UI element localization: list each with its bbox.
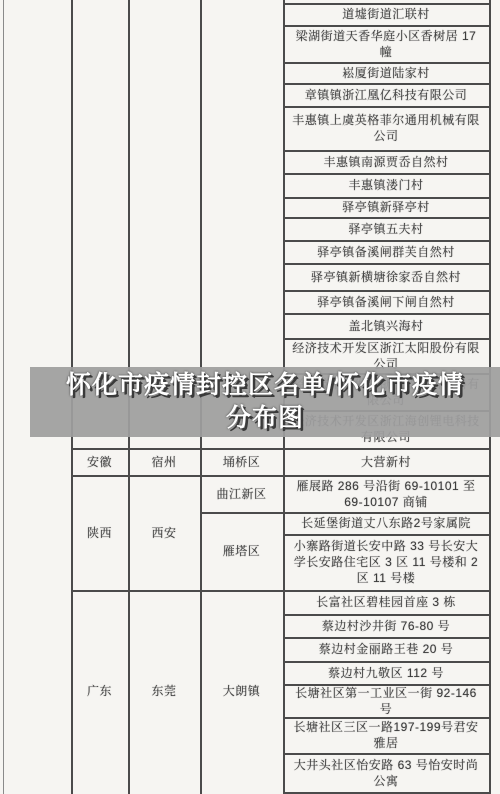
- area-cell: 雁展路 286 号沿街 69-10101 至 69-10107 商铺: [283, 475, 489, 512]
- area-cell: 丰惠镇溇门村: [283, 173, 489, 197]
- page-edge-line: [3, 0, 4, 794]
- city-cell: 东莞: [128, 590, 200, 792]
- watermark-title-band: 怀化市疫情封控区名单/怀化市疫情 分布图: [30, 367, 500, 437]
- area-cell: 道墟街道汇联村: [283, 3, 489, 25]
- area-cell: 小寨路街道长安中路 33 号长安大学长安路住宅区 3 区 11 号楼和 2 区 …: [283, 534, 489, 590]
- area-cell: 大井头社区怡安路 63 号怡安时尚公寓: [283, 753, 489, 792]
- district-cell: 曲江新区: [200, 475, 283, 512]
- area-cell: 驿亭镇备溪闸群芙自然村: [283, 240, 489, 263]
- district-cell: 大朗镇: [200, 590, 283, 792]
- area-cell: 大营新村: [283, 448, 489, 475]
- area-cell: 蔡边村沙井街 76-80 号: [283, 614, 489, 637]
- city-cell: 西安: [128, 475, 200, 590]
- area-cell: 崧厦街道陆家村: [283, 62, 489, 83]
- province-cell: 陕西: [71, 475, 128, 590]
- area-cell: 驿亭镇五夫村: [283, 217, 489, 240]
- area-cell: 梁湖街道天香华庭小区香树居 17 幢: [283, 25, 489, 62]
- area-cell: 长延堡街道丈八东路2号家属院: [283, 512, 489, 534]
- district-cell: 雁塔区: [200, 512, 283, 590]
- area-cell: 驿亭镇备溪闸下闸自然村: [283, 290, 489, 313]
- area-cell: 丰惠镇南源贾岙自然村: [283, 150, 489, 173]
- scanned-page: 道墟街道汇联村梁湖街道天香华庭小区香树居 17 幢崧厦街道陆家村章镇镇浙江凰亿科…: [0, 0, 500, 794]
- province-cell: 安徽: [71, 448, 128, 475]
- table-hline-27: [283, 792, 491, 794]
- province-cell: 广东: [71, 590, 128, 792]
- area-cell: 长塘社区第一工业区一街 92-146 号: [283, 684, 489, 717]
- area-cell: 驿亭镇新驿亭村: [283, 197, 489, 217]
- area-cell: 蔡边村九敬区 112 号: [283, 661, 489, 684]
- area-cell: 丰惠镇上虞英格菲尔通用机械有限公司: [283, 106, 489, 150]
- area-cell: 长塘社区三区一路197-199号君安雅居: [283, 717, 489, 753]
- area-cell: 长富社区碧桂园首座 3 栋: [283, 590, 489, 614]
- city-cell: 宿州: [128, 448, 200, 475]
- watermark-title-line1: 怀化市疫情封控区名单/怀化市疫情: [66, 369, 464, 402]
- area-cell: 章镇镇浙江凰亿科技有限公司: [283, 83, 489, 106]
- area-cell: 驿亭镇新横塘徐家岙自然村: [283, 263, 489, 290]
- watermark-title-line2: 分布图: [226, 402, 304, 435]
- area-cell: 盖北镇兴海村: [283, 313, 489, 338]
- district-cell: 埇桥区: [200, 448, 283, 475]
- area-cell: 蔡边村金丽路王巷 20 号: [283, 637, 489, 661]
